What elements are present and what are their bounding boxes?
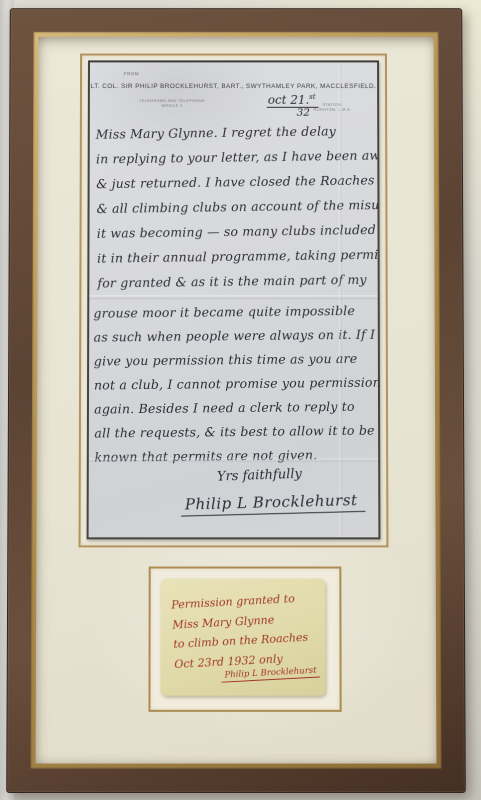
- letter-closing: Yrs faithfully: [217, 467, 302, 485]
- letter-line: not a club, I cannot promise you permiss…: [94, 371, 380, 398]
- permit-opening-fillet: Permission granted to Miss Mary Glynne t…: [148, 567, 341, 712]
- letter-line: & just returned. I have closed the Roach…: [96, 167, 380, 196]
- date-ordinal: st: [309, 93, 315, 101]
- letterhead-telegrams-line2: WINCLE 2: [120, 103, 224, 108]
- letter-line: all the requests, & its best to allow it…: [94, 418, 380, 445]
- letter-paragraph-2: grouse moor it became quite impossible a…: [93, 299, 380, 470]
- letterhead-from-label: FROM: [124, 71, 140, 76]
- letter-line: give you permission this time as you are: [94, 347, 381, 374]
- photo-of-framed-letter: FROM LT. COL. SIR PHILIP BROCKLEHURST, B…: [0, 0, 481, 800]
- date-year: 32: [297, 107, 319, 119]
- permit-card: Permission granted to Miss Mary Glynne t…: [161, 579, 326, 696]
- frame-gilt-liner: FROM LT. COL. SIR PHILIP BROCKLEHURST, B…: [30, 32, 441, 769]
- letter-paragraph-1: Miss Mary Glynne. I regret the delay in …: [96, 117, 381, 295]
- letter-line: & all climbing clubs on account of the m…: [96, 192, 380, 221]
- letter-line: as such when people were always on it. I…: [94, 323, 381, 350]
- mat-board: FROM LT. COL. SIR PHILIP BROCKLEHURST, B…: [36, 37, 437, 764]
- picture-frame: FROM LT. COL. SIR PHILIP BROCKLEHURST, B…: [6, 8, 466, 793]
- date-day: oct 21.: [268, 93, 309, 107]
- handwritten-date: oct 21.st 32: [267, 89, 319, 119]
- letter-line: grouse moor it became quite impossible: [93, 299, 380, 326]
- letterhead-text: LT. COL. SIR PHILIP BROCKLEHURST, BART.,…: [90, 83, 377, 90]
- letter-line: it was becoming — so many clubs included: [97, 217, 381, 246]
- letter-line: for granted & as it is the main part of …: [97, 266, 380, 295]
- letter-signature: Philip L Brocklehurst: [181, 491, 366, 517]
- permit-card-text: Permission granted to Miss Mary Glynne t…: [158, 574, 328, 685]
- letter-line: known that permits are not given.: [94, 443, 380, 470]
- letter-line: again. Besides I need a clerk to reply t…: [94, 394, 380, 421]
- letter-line: it in their annual programme, taking per…: [97, 241, 380, 270]
- letterhead-telegrams-text: TELEGRAMS AND TELEPHONE WINCLE 2: [120, 98, 224, 108]
- letter-sheet: FROM LT. COL. SIR PHILIP BROCKLEHURST, B…: [87, 60, 381, 539]
